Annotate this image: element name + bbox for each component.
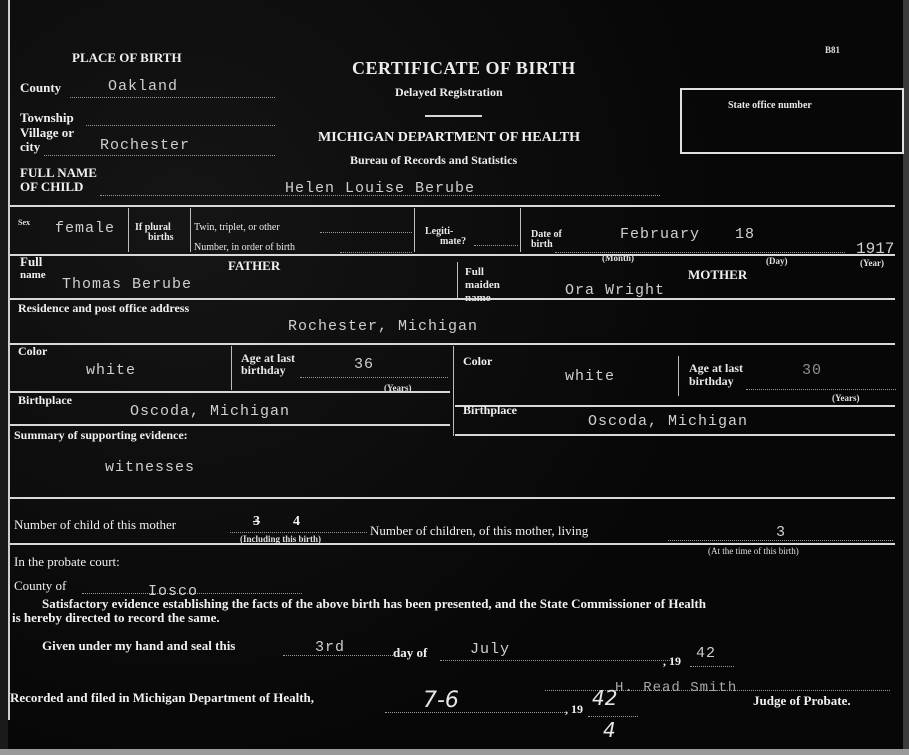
- mother-maiden-label-2: maiden: [465, 279, 500, 291]
- mother-birthplace-value: Oscoda, Michigan: [588, 413, 748, 430]
- department-name: MICHIGAN DEPARTMENT OF HEALTH: [318, 130, 580, 146]
- father-age-value: 36: [354, 356, 374, 373]
- rule-probate-top: [10, 543, 895, 545]
- dob-day: 18: [735, 226, 755, 243]
- father-color-label: Color: [18, 344, 47, 359]
- father-name: Thomas Berube: [62, 276, 192, 293]
- recorded-label: Recorded and filed in Michigan Departmen…: [10, 690, 314, 706]
- judge-title: Judge of Probate.: [753, 693, 851, 709]
- given-year-line: [690, 666, 734, 667]
- divider-father-color: [231, 346, 232, 390]
- child-full-name: Helen Louise Berube: [285, 180, 475, 197]
- divider-legitimate: [520, 208, 521, 252]
- mother-age-label-1: Age at last: [689, 362, 743, 374]
- twin-line: [320, 232, 412, 233]
- certificate-title: CERTIFICATE OF BIRTH: [352, 58, 576, 79]
- county-line: [70, 97, 275, 98]
- recorded-year: 42: [592, 686, 617, 710]
- father-color-value: white: [86, 362, 136, 379]
- father-full-label-2: name: [20, 269, 46, 282]
- divider-father-mother: [453, 346, 454, 436]
- certificate-subtitle: Delayed Registration: [395, 85, 503, 100]
- mother-age-label-2: birthday: [689, 375, 734, 387]
- order-label: Number, in order of birth: [194, 242, 295, 253]
- dob-label-2: birth: [531, 239, 553, 250]
- mother-age-line: [746, 389, 896, 390]
- rule-evidence-top-left: [10, 424, 450, 426]
- twin-label: Twin, triplet, or other: [194, 222, 280, 233]
- given-year: 42: [696, 645, 716, 662]
- rule-color-top: [10, 343, 895, 345]
- given-month-line: [440, 660, 672, 661]
- child-number-struck: 3: [253, 514, 260, 530]
- legitimate-line: [474, 245, 518, 246]
- day-of-label: day of: [393, 645, 427, 661]
- document-left-border: [8, 0, 10, 720]
- dob-month: February: [620, 226, 700, 243]
- county-value: Oakland: [108, 78, 178, 95]
- probate-court-label: In the probate court:: [14, 554, 120, 570]
- bureau-name: Bureau of Records and Statistics: [350, 153, 517, 168]
- evidence-value: witnesses: [105, 459, 195, 476]
- probate-statement-line-2: is hereby directed to record the same.: [12, 610, 220, 626]
- judge-signature: H. Read Smith: [615, 680, 737, 696]
- mother-age-value: 30: [802, 362, 822, 379]
- divider-sex: [128, 208, 129, 252]
- divider-mother-color: [678, 356, 679, 396]
- mother-name: Ora Wright: [565, 282, 665, 299]
- divider-plural: [190, 208, 191, 252]
- father-heading: FATHER: [228, 258, 280, 274]
- recorded-year-line: [588, 716, 638, 717]
- sex-value: female: [55, 220, 115, 237]
- rule-residence-top: [10, 298, 895, 300]
- place-of-birth-heading: PLACE OF BIRTH: [72, 50, 182, 66]
- father-full-label-1: Full: [20, 255, 42, 268]
- mother-color-value: white: [565, 368, 615, 385]
- mother-birthplace-label: Birthplace: [463, 403, 517, 418]
- recorded-date-line: [385, 712, 565, 713]
- legitimate-label-2: mate?: [440, 236, 466, 247]
- order-line: [340, 252, 412, 253]
- county-label: County: [20, 80, 61, 96]
- village-label-2: city: [20, 140, 40, 153]
- mother-maiden-label-1: Full: [465, 266, 484, 278]
- mother-heading: MOTHER: [688, 267, 747, 283]
- children-living-label: Number of children, of this mother, livi…: [370, 523, 588, 539]
- state-office-number-box: State office number: [680, 88, 904, 154]
- rule-children-top: [10, 497, 895, 499]
- full-name-label-1: FULL NAME: [20, 166, 97, 179]
- rule-evidence-top-right: [455, 434, 895, 436]
- title-divider: [425, 115, 482, 117]
- sex-label: Sex: [18, 218, 30, 227]
- mother-years-caption: (Years): [832, 393, 860, 403]
- state-office-number-label: State office number: [728, 100, 812, 111]
- child-number-line: [230, 532, 367, 533]
- father-birthplace-label: Birthplace: [18, 393, 72, 408]
- scan-edge-bottom: [0, 749, 909, 755]
- plural-label-2: births: [148, 232, 174, 243]
- children-living-value: 3: [776, 524, 786, 541]
- recorded-annotation: 4: [603, 718, 616, 742]
- residence-value: Rochester, Michigan: [288, 318, 478, 335]
- rule-father-birthplace-top: [10, 391, 450, 393]
- child-number-value: 4: [293, 514, 300, 530]
- recorded-date: 7-6: [423, 688, 459, 713]
- divider-twin: [414, 208, 415, 252]
- scan-edge-left: [0, 0, 8, 755]
- full-name-label-2: OF CHILD: [20, 180, 83, 193]
- year-caption: (Year): [860, 258, 884, 268]
- given-label: Given under my hand and seal this: [42, 638, 235, 654]
- child-number-label: Number of child of this mother: [14, 517, 176, 533]
- children-living-caption: (At the time of this birth): [708, 546, 799, 556]
- birth-certificate-page: PLACE OF BIRTH County Oakland Township V…: [0, 0, 909, 755]
- rule-mother-birthplace-top: [455, 405, 895, 407]
- given-month: July: [470, 641, 510, 658]
- day-caption: (Day): [766, 256, 788, 266]
- residence-label: Residence and post office address: [18, 301, 189, 316]
- dob-line: [555, 252, 845, 253]
- rule-parents-top: [10, 254, 895, 256]
- evidence-label: Summary of supporting evidence:: [14, 428, 188, 443]
- given-year-prefix: , 19: [663, 654, 681, 669]
- village-value: Rochester: [100, 137, 190, 154]
- village-line: [44, 155, 275, 156]
- father-birthplace-value: Oscoda, Michigan: [130, 403, 290, 420]
- divider-parents: [457, 262, 458, 300]
- mother-color-label: Color: [463, 354, 492, 369]
- father-age-line: [300, 377, 448, 378]
- father-age-label-2: birthday: [241, 364, 286, 376]
- form-code: B81: [825, 45, 840, 55]
- township-line: [86, 125, 275, 126]
- township-label: Township: [20, 110, 74, 126]
- village-label-1: Village or: [20, 126, 74, 139]
- recorded-year-prefix: , 19: [565, 702, 583, 717]
- rule-sex-top: [10, 205, 895, 207]
- probate-county-label: County of: [14, 578, 66, 594]
- given-day: 3rd: [315, 639, 345, 656]
